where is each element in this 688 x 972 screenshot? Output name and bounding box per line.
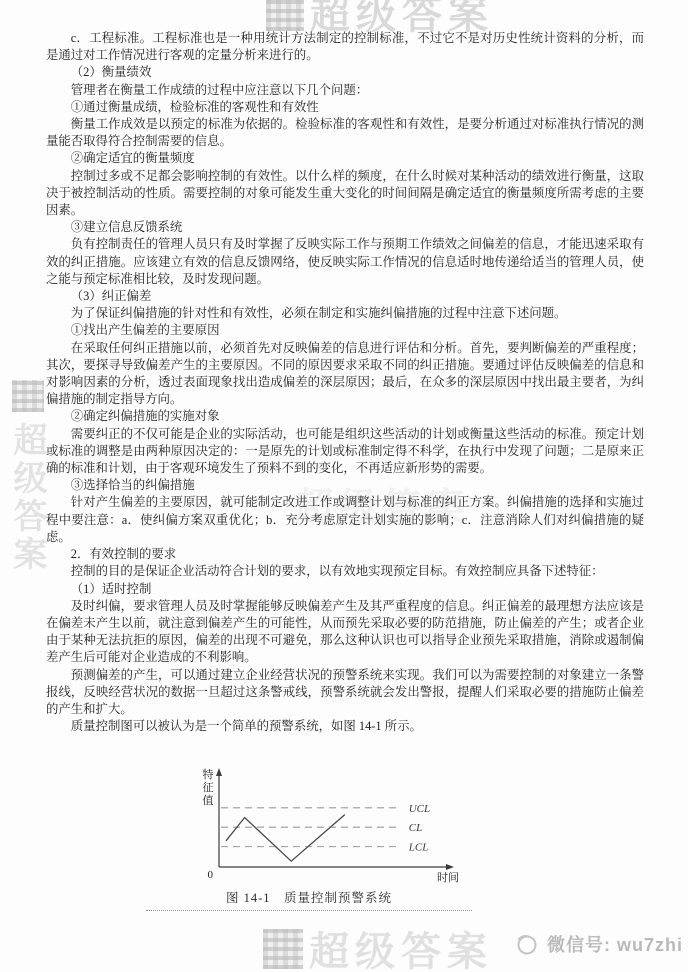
document-page: 超级答案 超级答案 超级答案 超级答案 c．工程标准。工程标准也是一种用统计方法… [0, 0, 688, 972]
qr-watermark-logo [266, 0, 304, 31]
paragraph: 预测偏差的产生，可以通过建立企业经营状况的预警系统来实现。我们可以为需要控制的对… [46, 667, 644, 719]
figure-caption: 图 14-1 质量控制预警系统 [146, 888, 472, 906]
paragraph: 控制的目的是保证企业活动符合计划的要求，以有效地实现预定目标。有效控制应具备下述… [46, 563, 644, 580]
quality-control-figure: 特征值UCLCLLCL0时间 图 14-1 质量控制预警系统 [146, 766, 472, 911]
paragraph: （2）衡量绩效 [46, 64, 644, 81]
wechat-icon [514, 931, 540, 957]
svg-text:0: 0 [208, 869, 214, 881]
document-body: c．工程标准。工程标准也是一种用统计方法制定的控制标准，不过它不是对历史性统计资… [46, 30, 644, 735]
watermark-text: 超级答案 [3, 422, 52, 574]
paragraph: （1）适时控制 [46, 581, 644, 598]
svg-text:特征值: 特征值 [203, 767, 214, 807]
paragraph: 针对产生偏差的主要原因，就可能制定改进工作或调整计划与标准的纠正方案。纠偏措施的… [46, 494, 644, 546]
qr-watermark-logo [12, 380, 44, 412]
paragraph: ②确定适宜的衡量频度 [46, 150, 644, 167]
paragraph: ②确定纠偏措施的实施对象 [46, 408, 644, 425]
svg-text:UCL: UCL [409, 803, 430, 815]
paragraph: ①找出产生偏差的主要原因 [46, 322, 644, 339]
paragraph: 及时纠偏，要求管理人员及时掌握能够反映偏差产生及其严重程度的信息。纠正偏差的最理… [46, 598, 644, 667]
svg-text:LCL: LCL [408, 842, 429, 854]
wechat-contact: 微信号: wu7zhi [514, 931, 683, 957]
paragraph: 管理者在衡量工作成绩的过程中应注意以下几个问题： [46, 82, 644, 99]
paragraph: 为了保证纠偏措施的针对性和有效性，必须在制定和实施纠偏措施的过程中注意下述问题。 [46, 305, 644, 322]
qr-watermark-logo [263, 929, 303, 969]
watermark-bottom: 超级答案 [263, 920, 493, 972]
watermark-left: 超级答案 [3, 380, 52, 574]
paragraph: 衡量工作成效是以预定的标准为依据的。检验标准的客观性和有效性，是要分析通过对标准… [46, 116, 644, 150]
svg-text:时间: 时间 [437, 870, 459, 884]
paragraph: 质量控制图可以被认为是一个简单的预警系统，如图 14-1 所示。 [46, 718, 644, 735]
control-chart: 特征值UCLCLLCL0时间 [146, 766, 472, 884]
paragraph: c．工程标准。工程标准也是一种用统计方法制定的控制标准，不过它不是对历史性统计资… [46, 30, 644, 64]
paragraph: 负有控制责任的管理人员只有及时掌握了反映实际工作与预期工作绩效之间偏差的信息，才… [46, 236, 644, 288]
paragraph: （3）纠正偏差 [46, 288, 644, 305]
paragraph: 2．有效控制的要求 [46, 546, 644, 563]
svg-text:CL: CL [409, 822, 422, 834]
paragraph: ①通过衡量成绩，检验标准的客观性和有效性 [46, 99, 644, 116]
paragraph: ③选择恰当的纠偏措施 [46, 477, 644, 494]
wechat-id-label: 微信号: wu7zhi [547, 931, 683, 957]
paragraph: ③建立信息反馈系统 [46, 219, 644, 236]
paragraph: 需要纠正的不仅可能是企业的实际活动，也可能是组织这些活动的计划或衡量这些活动的标… [46, 426, 644, 478]
paragraph: 在采取任何纠正措施以前，必须首先对反映偏差的信息进行评估和分析。首先，要判断偏差… [46, 340, 644, 409]
paragraph: 控制过多或不足都会影响控制的有效性。以什么样的频度，在什么时候对某种活动的绩效进… [46, 168, 644, 220]
watermark-text: 超级答案 [309, 920, 493, 972]
